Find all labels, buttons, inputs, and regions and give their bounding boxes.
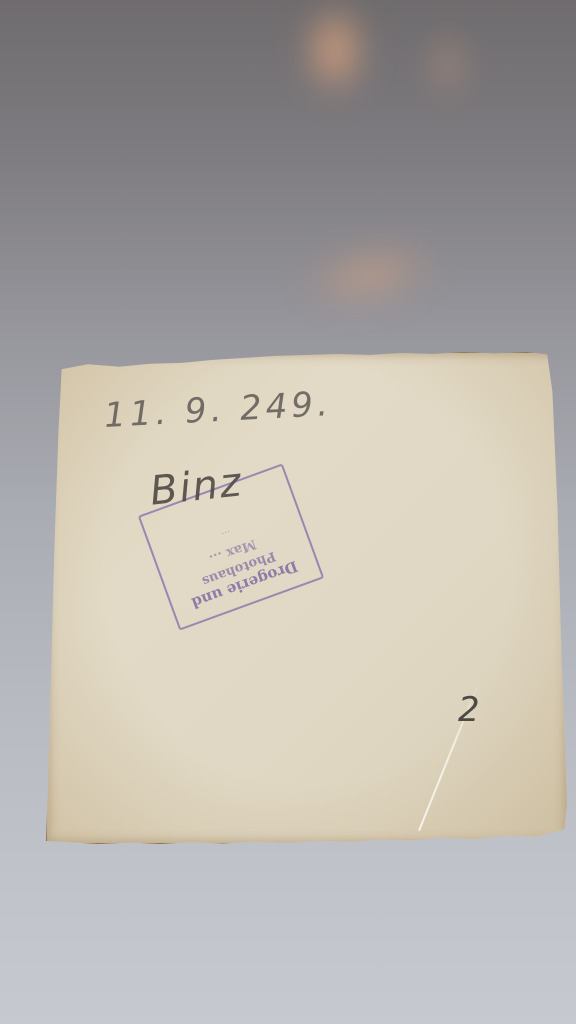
light-reflection bbox=[425, 30, 470, 100]
light-reflection bbox=[300, 0, 370, 100]
handwritten-place: Binz bbox=[148, 459, 245, 514]
handwritten-number: 2 bbox=[458, 690, 482, 730]
photograph-back: 11. 9. 249. Drogerie und Photohaus Max .… bbox=[46, 352, 568, 844]
light-reflection bbox=[294, 226, 445, 324]
handwritten-date: 11. 9. 249. bbox=[103, 384, 333, 436]
